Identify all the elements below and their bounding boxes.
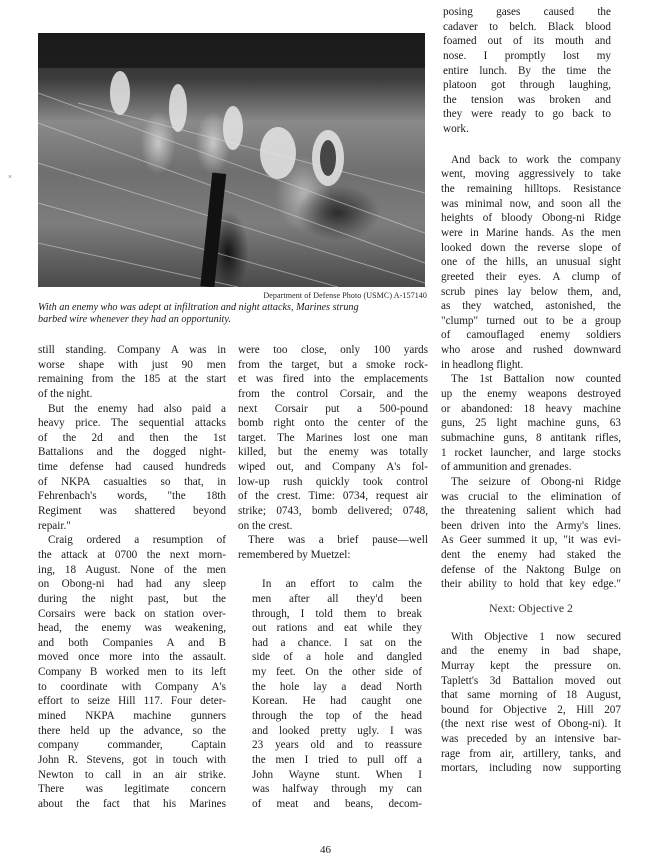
text-line: were in Marine hands. As the men	[441, 226, 621, 241]
text-line: rage from air, artillery, tanks, and	[441, 747, 621, 762]
text-line: of the 2d and then the 1st	[38, 431, 226, 446]
spacer	[441, 137, 621, 153]
quote-line: was halfway through my can	[238, 782, 428, 797]
quote-line: 23 years old and to reassure	[238, 738, 428, 753]
text-line: up the enemy weapons destroyed	[441, 387, 621, 402]
text-line: repair."	[38, 519, 226, 534]
text-line: Fehrenbach's words, "the 18th	[38, 489, 226, 504]
margin-mark: ×	[8, 173, 12, 181]
text-line: remaining from the 185 at the start	[38, 372, 226, 387]
text-line: mined NKPA machine gunners	[38, 709, 226, 724]
text-line: Regiment was shattered beyond	[38, 504, 226, 519]
text-line: went, moving aggressively to take	[441, 167, 621, 182]
text-column-2: were too close, only 100 yards from the …	[238, 343, 428, 812]
text-line: wiped out, and Company A's fol-	[238, 460, 428, 475]
text-line: et was fired into the emplacements	[238, 372, 428, 387]
text-line: bomb right onto the center of the	[238, 416, 428, 431]
quote-line: platoon got through laughing,	[441, 78, 621, 93]
text-line: company commander, Captain	[38, 738, 226, 753]
spacer	[441, 592, 621, 601]
text-line: effort to seize Hill 117. Four deter-	[38, 694, 226, 709]
text-line: guns, 25 light machine guns, 63	[441, 416, 621, 431]
text-line: There was legitimate concern	[38, 782, 226, 797]
text-line: who arose and rushed downward	[441, 343, 621, 358]
text-line: The seizure of Obong-ni Ridge	[441, 475, 621, 490]
text-line: was preceded by an intensive bar-	[441, 732, 621, 747]
text-line: remembered by Muetzel:	[238, 548, 428, 563]
text-line: And back to work the company	[441, 153, 621, 168]
quote-line: entire lunch. By the time the	[441, 64, 621, 79]
text-line: bound for Objective 2, Hill 207	[441, 703, 621, 718]
text-line: dent the enemy had staked the	[441, 548, 621, 563]
block-quote-continued: posing gases caused the cadaver to belch…	[441, 5, 621, 137]
text-line: the threatening salient which had	[441, 504, 621, 519]
quote-line: the hole lay a dead North	[238, 680, 428, 695]
text-line: on the crest.	[238, 519, 428, 534]
quote-line: through, I told them to break	[238, 607, 428, 622]
text-line: worse shape with just 90 men	[38, 358, 226, 373]
text-line: to coordinate with Company A's	[38, 680, 226, 695]
quote-line: John Wayne stunt. When I	[238, 768, 428, 783]
text-line: there held up the advance, so the	[38, 724, 226, 739]
text-line: in headlong flight.	[441, 358, 621, 373]
text-line: and the enemy in bad shape,	[441, 644, 621, 659]
text-line: about the fact that his Marines	[38, 797, 226, 812]
text-line: scrub pines lay below them, and,	[441, 285, 621, 300]
text-line: of ammunition and grenades.	[441, 460, 621, 475]
caption-line: With an enemy who was adept at infiltrat…	[38, 302, 430, 314]
text-line: John R. Stevens, got in touch with	[38, 753, 226, 768]
text-line: Taplett's 3d Battalion moved out	[441, 674, 621, 689]
text-line: There was a brief pause—well	[238, 533, 428, 548]
quote-line: they were ready to go back to	[441, 107, 621, 122]
text-line: strike; 0743, bomb delivered; 0748,	[238, 504, 428, 519]
text-line: from the control Corsair, and the	[238, 387, 428, 402]
text-line: Murray kept the pressure on.	[441, 659, 621, 674]
quote-line: cadaver to belch. Black blood	[441, 20, 621, 35]
text-line: moved once more into the assault.	[38, 650, 226, 665]
text-line: Newton to call in an air strike.	[38, 768, 226, 783]
quote-line: foamed out of its mouth and	[441, 34, 621, 49]
text-line: greeted their eyes. A clump of	[441, 270, 621, 285]
quote-line: nose. I promptly lost my	[441, 49, 621, 64]
spacer	[238, 563, 428, 578]
text-line: But the enemy had also paid a	[38, 402, 226, 417]
text-line: from the target, but a smoke rock-	[238, 358, 428, 373]
text-line: was crucial to the elimination of	[441, 490, 621, 505]
text-line: killed, but the enemy was totally	[238, 445, 428, 460]
quote-line: the men I tried to pull off a	[238, 753, 428, 768]
text-line: still standing. Company A was in	[38, 343, 226, 358]
text-line: one of the hills, an unusual sight	[441, 255, 621, 270]
text-line: looked down the reverse slope of	[441, 241, 621, 256]
text-line: mortars, including now supporting	[441, 761, 621, 776]
text-line: time defense had caused hundreds	[38, 460, 226, 475]
text-line: With Objective 1 now secured	[441, 630, 621, 645]
text-line: (the next rise west of Obong-ni). It	[441, 717, 621, 732]
text-line: Company B worked men to its left	[38, 665, 226, 680]
text-line: been driven into the Army's lines.	[441, 519, 621, 534]
text-line: of camouflaged enemy soldiers	[441, 328, 621, 343]
text-line: heights of bloody Obong-ni Ridge	[441, 211, 621, 226]
text-line: ing, 18 August. None of the men	[38, 563, 226, 578]
text-line: Craig ordered a resumption of	[38, 533, 226, 548]
text-line: was minimal now, and soon all the	[441, 197, 621, 212]
quote-line: my feet. On the other side of	[238, 665, 428, 680]
quote-line: and looked pretty ugly. I was	[238, 724, 428, 739]
photo-credit: Department of Defense Photo (USMC) A-157…	[263, 291, 427, 300]
text-line: Corsairs were back on station over-	[38, 607, 226, 622]
section-heading: Next: Objective 2	[441, 601, 621, 616]
text-line: during the night past, but the	[38, 592, 226, 607]
text-line: low-up rush quickly took control	[238, 475, 428, 490]
text-column-1: still standing. Company A was in worse s…	[38, 343, 226, 812]
text-line: of the crest. Time: 0734, request air	[238, 489, 428, 504]
text-line: the attack at 0700 the next morn-	[38, 548, 226, 563]
quote-line: side of a hole and dangled	[238, 650, 428, 665]
text-line: next Corsair put a 500-pound	[238, 402, 428, 417]
text-line: defense of the Naktong Bulge on	[441, 563, 621, 578]
quote-line: the tension was broken and	[441, 93, 621, 108]
text-line: their ability to hold that key edge."	[441, 577, 621, 592]
text-line: of the night.	[38, 387, 226, 402]
text-column-3: posing gases caused the cadaver to belch…	[441, 0, 621, 776]
quote-line: of meat and beans, decom-	[238, 797, 428, 812]
quote-line: In an effort to calm the	[238, 577, 428, 592]
text-line: heavy price. The sequential attacks	[38, 416, 226, 431]
text-line: were too close, only 100 yards	[238, 343, 428, 358]
text-line: and both Companies A and B	[38, 636, 226, 651]
photo-illustration	[38, 33, 425, 287]
text-line: on Obong-ni had had any sleep	[38, 577, 226, 592]
text-line: the remaining hilltops. Resistance	[441, 182, 621, 197]
text-line: that same morning of 18 August,	[441, 688, 621, 703]
text-line: 1 rocket launcher, and large stocks	[441, 446, 621, 461]
text-line: The 1st Battalion now counted	[441, 372, 621, 387]
spacer	[441, 616, 621, 630]
quote-line: posing gases caused the	[441, 5, 621, 20]
quote-line: work.	[441, 122, 621, 137]
quote-line: through the top of the head	[238, 709, 428, 724]
page-number: 46	[320, 844, 331, 856]
text-line: or abandoned: 18 heavy machine	[441, 402, 621, 417]
caption-line: barbed wire whenever they had an opportu…	[38, 314, 430, 326]
text-line: head, the enemy was weakening,	[38, 621, 226, 636]
photo-marines-stringing-wire	[38, 33, 425, 287]
text-line: As Geer summed it up, "it was evi-	[441, 533, 621, 548]
text-line: submachine guns, 8 antitank rifles,	[441, 431, 621, 446]
quote-line: out rations and eat while they	[238, 621, 428, 636]
quote-line: had a chance. I sat on the	[238, 636, 428, 651]
block-quote-muetzel: In an effort to calm the men after all t…	[238, 577, 428, 811]
text-line: Battalions and the dogged night-	[38, 445, 226, 460]
text-line: "clump" turned out to be a group	[441, 314, 621, 329]
text-line: target. The Marines lost one man	[238, 431, 428, 446]
quote-line: men after all they'd been	[238, 592, 428, 607]
text-line: of NKPA casualties so that, in	[38, 475, 226, 490]
quote-line: Korean. He had caught one	[238, 694, 428, 709]
text-line: as they watched, astonished, the	[441, 299, 621, 314]
photo-caption: With an enemy who was adept at infiltrat…	[38, 302, 430, 326]
